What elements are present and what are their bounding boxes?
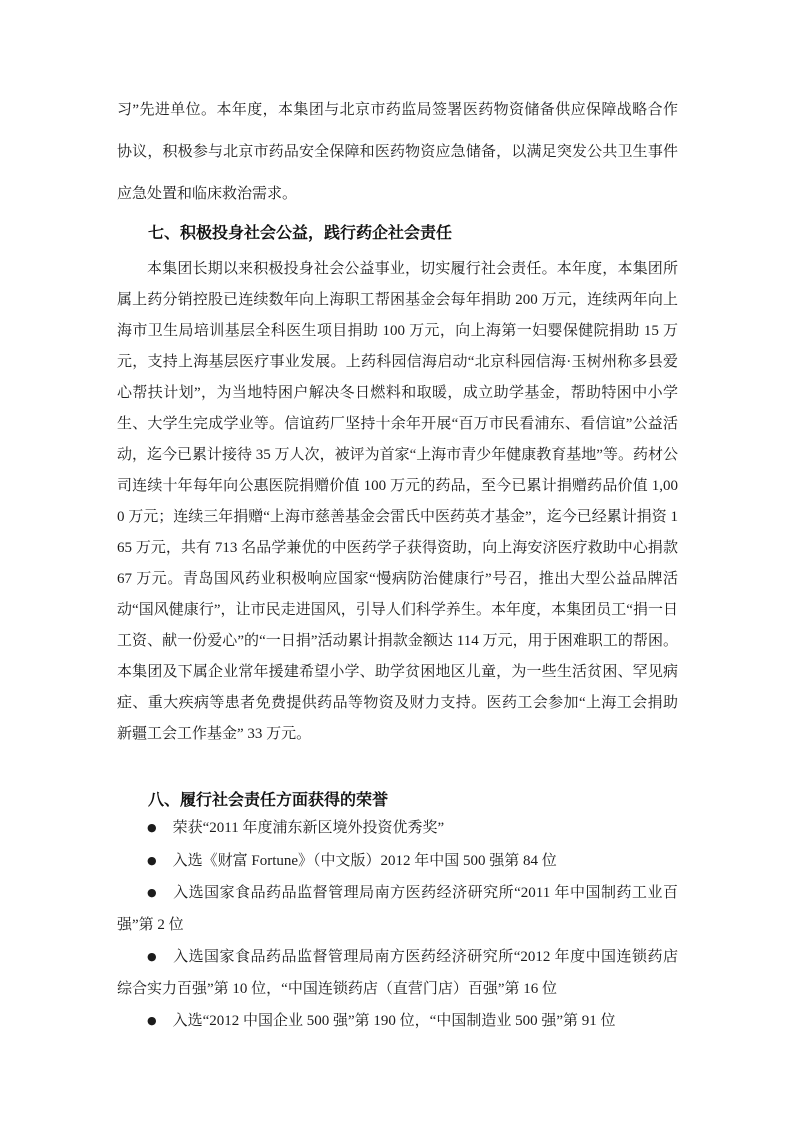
section-heading-seven: 七、积极投身社会公益，践行药企社会责任	[117, 218, 678, 249]
honor-list-item: ●荣获“2011 年度浦东新区境外投资优秀奖”	[117, 812, 678, 845]
bullet-icon: ●	[147, 845, 157, 877]
honor-text: 入选“2012 中国企业 500 强”第 190 位，“中国制造业 500 强”…	[173, 1013, 616, 1029]
bullet-icon: ●	[147, 812, 157, 844]
bullet-icon: ●	[147, 877, 157, 909]
bullet-icon: ●	[147, 941, 157, 973]
honor-text: 荣获“2011 年度浦东新区境外投资优秀奖”	[173, 820, 445, 836]
document-page: 习”先进单位。本年度，本集团与北京市药监局签署医药物资储备供应保障战略合作协议，…	[0, 0, 793, 1122]
document-content: 习”先进单位。本年度，本集团与北京市药监局签署医药物资储备供应保障战略合作协议，…	[117, 89, 678, 1038]
honor-list: ●荣获“2011 年度浦东新区境外投资优秀奖” ●入选《财富 Fortune》（…	[117, 812, 678, 1038]
honor-list-item: ●入选国家食品药品监督管理局南方医药经济研究所“2012 年度中国连锁药店综合实…	[117, 941, 678, 1005]
honor-text: 入选《财富 Fortune》（中文版）2012 年中国 500 强第 84 位	[173, 853, 557, 869]
honor-list-item: ●入选国家食品药品监督管理局南方医药经济研究所“2011 年中国制药工业百强”第…	[117, 877, 678, 941]
intro-paragraph: 习”先进单位。本年度，本集团与北京市药监局签署医药物资储备供应保障战略合作协议，…	[117, 89, 678, 215]
bullet-icon: ●	[147, 1005, 157, 1037]
honor-text: 入选国家食品药品监督管理局南方医药经济研究所“2012 年度中国连锁药店综合实力…	[117, 949, 678, 997]
honor-list-item: ●入选《财富 Fortune》（中文版）2012 年中国 500 强第 84 位	[117, 845, 678, 878]
honor-list-item: ●入选“2012 中国企业 500 强”第 190 位，“中国制造业 500 强…	[117, 1005, 678, 1038]
honor-text: 入选国家食品药品监督管理局南方医药经济研究所“2011 年中国制药工业百强”第 …	[117, 885, 678, 933]
section-seven-body: 本集团长期以来积极投身社会公益事业，切实履行社会责任。本年度，本集团所属上药分销…	[117, 254, 678, 750]
